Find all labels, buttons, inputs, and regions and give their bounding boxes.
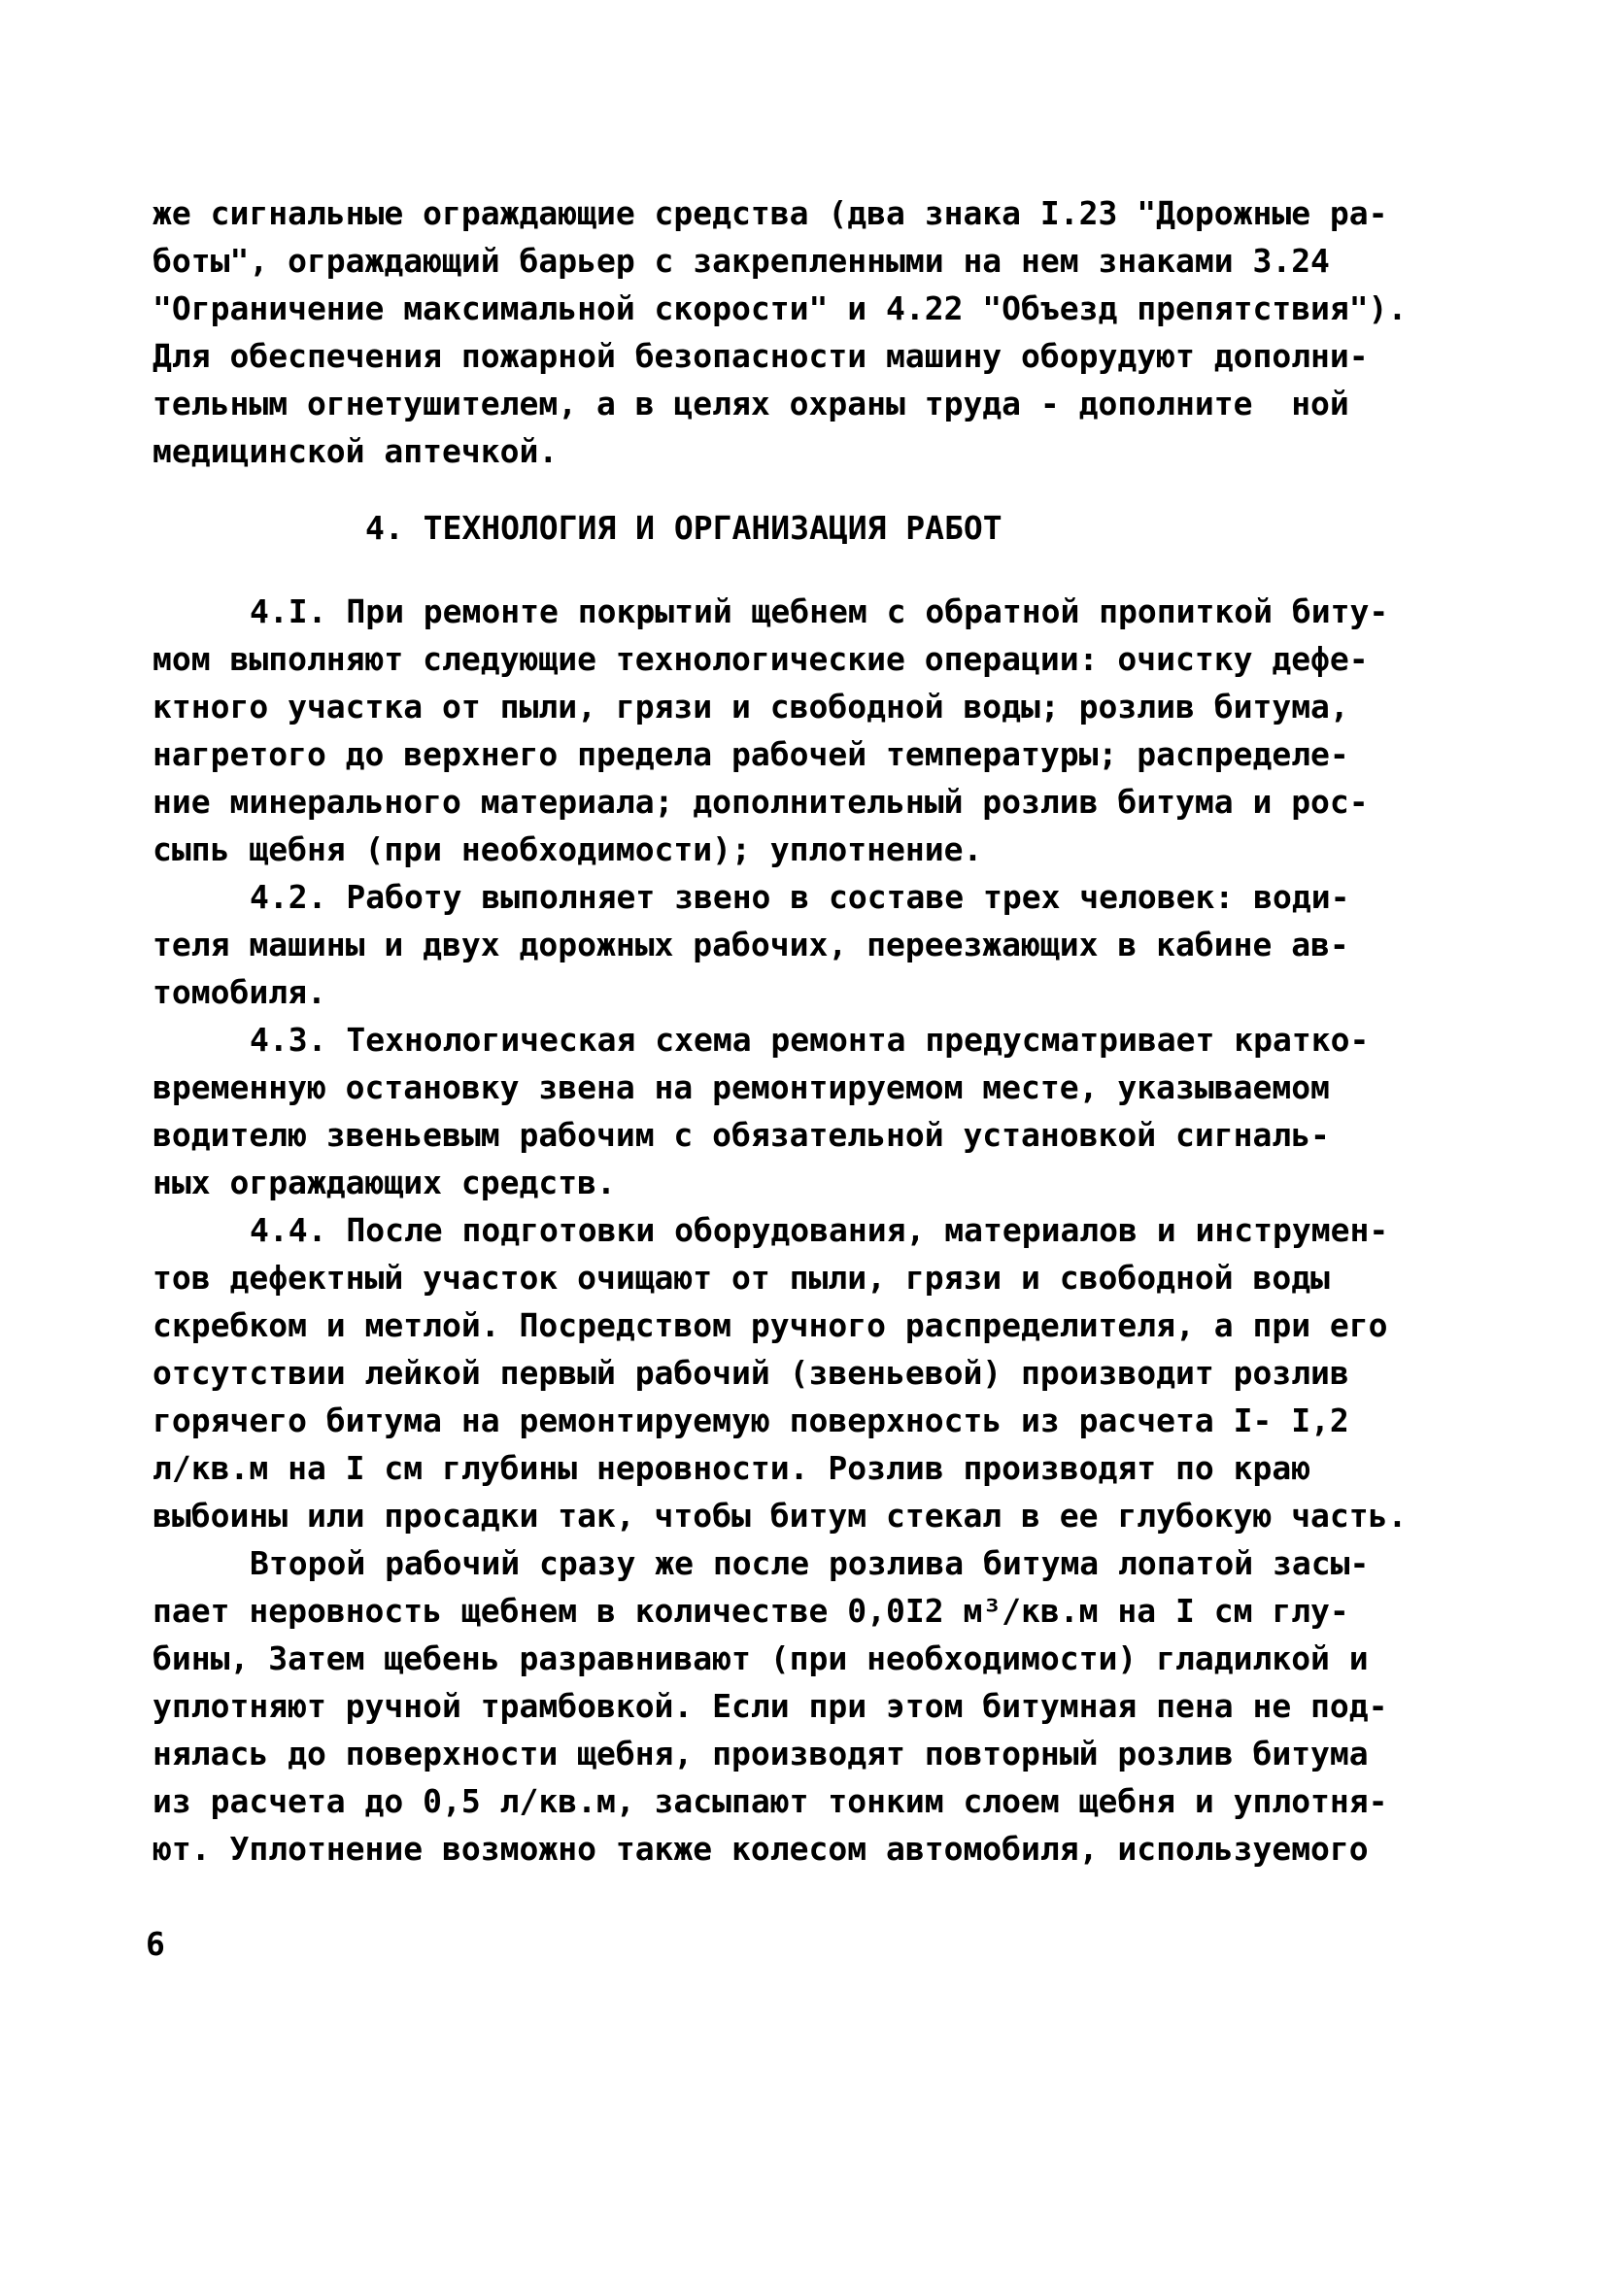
text-line: тельным огнетушителем, а в целях охраны … (153, 380, 1493, 427)
text-line: "Ограничение максимальной скорости" и 4.… (153, 285, 1493, 332)
text-line: отсутствии лейкой первый рабочий (звенье… (153, 1349, 1493, 1397)
text-line: пает неровность щебнем в количестве 0,0I… (153, 1587, 1493, 1635)
text-line: мом выполняют следующие технологические … (153, 635, 1493, 683)
text-line: уплотняют ручной трамбовкой. Если при эт… (153, 1682, 1493, 1730)
text-line: теля машины и двух дорожных рабочих, пер… (153, 921, 1493, 968)
document-page: же сигнальные ограждающие средства (два … (0, 0, 1597, 2296)
text-line: скребком и метлой. Посредством ручного р… (153, 1301, 1493, 1349)
text-line: ние минерального материала; дополнительн… (153, 778, 1493, 826)
text-block: же сигнальные ограждающие средства (два … (153, 189, 1493, 1873)
paragraph-4-2: 4.2. Работу выполняет звено в составе тр… (153, 873, 1493, 1016)
text-line: из расчета до 0,5 л/кв.м, засыпают тонки… (153, 1777, 1493, 1825)
paragraph-4-1: 4.I. При ремонте покрытий щебнем с обрат… (153, 588, 1493, 873)
text-line: горячего битума на ремонтируемую поверхн… (153, 1397, 1493, 1444)
page-number: 6 (146, 1920, 165, 1968)
paragraph-4-4: 4.4. После подготовки оборудования, мате… (153, 1206, 1493, 1539)
text-line: сыпь щебня (при необходимости); уплотнен… (153, 826, 1493, 873)
text-line: выбоины или просадки так, чтобы битум ст… (153, 1492, 1493, 1539)
text-line: 4.2. Работу выполняет звено в составе тр… (153, 873, 1493, 921)
text-line: временную остановку звена на ремонтируем… (153, 1064, 1493, 1111)
text-line: ктного участка от пыли, грязи и свободно… (153, 683, 1493, 730)
text-line: тов дефектный участок очищают от пыли, г… (153, 1254, 1493, 1301)
text-line: ют. Уплотнение возможно также колесом ав… (153, 1825, 1493, 1873)
section-heading: 4. ТЕХНОЛОГИЯ И ОРГАНИЗАЦИЯ РАБОТ (365, 504, 1493, 552)
text-line: 4.I. При ремонте покрытий щебнем с обрат… (153, 588, 1493, 635)
text-line: Для обеспечения пожарной безопасности ма… (153, 332, 1493, 380)
text-line: л/кв.м на I см глубины неровности. Розли… (153, 1444, 1493, 1492)
text-line: боты", ограждающий барьер с закрепленным… (153, 237, 1493, 285)
text-line: томобиля. (153, 968, 1493, 1016)
text-line: бины, Затем щебень разравнивают (при нео… (153, 1635, 1493, 1682)
text-line: Второй рабочий сразу же после розлива би… (153, 1539, 1493, 1587)
text-line: 4.3. Технологическая схема ремонта преду… (153, 1016, 1493, 1064)
paragraph-intro: же сигнальные ограждающие средства (два … (153, 189, 1493, 475)
text-line: ных ограждающих средств. (153, 1159, 1493, 1206)
text-line: нагретого до верхнего предела рабочей те… (153, 730, 1493, 778)
text-line: нялась до поверхности щебня, производят … (153, 1730, 1493, 1777)
paragraph-4-3: 4.3. Технологическая схема ремонта преду… (153, 1016, 1493, 1206)
text-line: медицинской аптечкой. (153, 427, 1493, 475)
text-line: 4.4. После подготовки оборудования, мате… (153, 1206, 1493, 1254)
text-line: же сигнальные ограждающие средства (два … (153, 189, 1493, 237)
paragraph-final: Второй рабочий сразу же после розлива би… (153, 1539, 1493, 1873)
text-line: водителю звеньевым рабочим с обязательно… (153, 1111, 1493, 1159)
